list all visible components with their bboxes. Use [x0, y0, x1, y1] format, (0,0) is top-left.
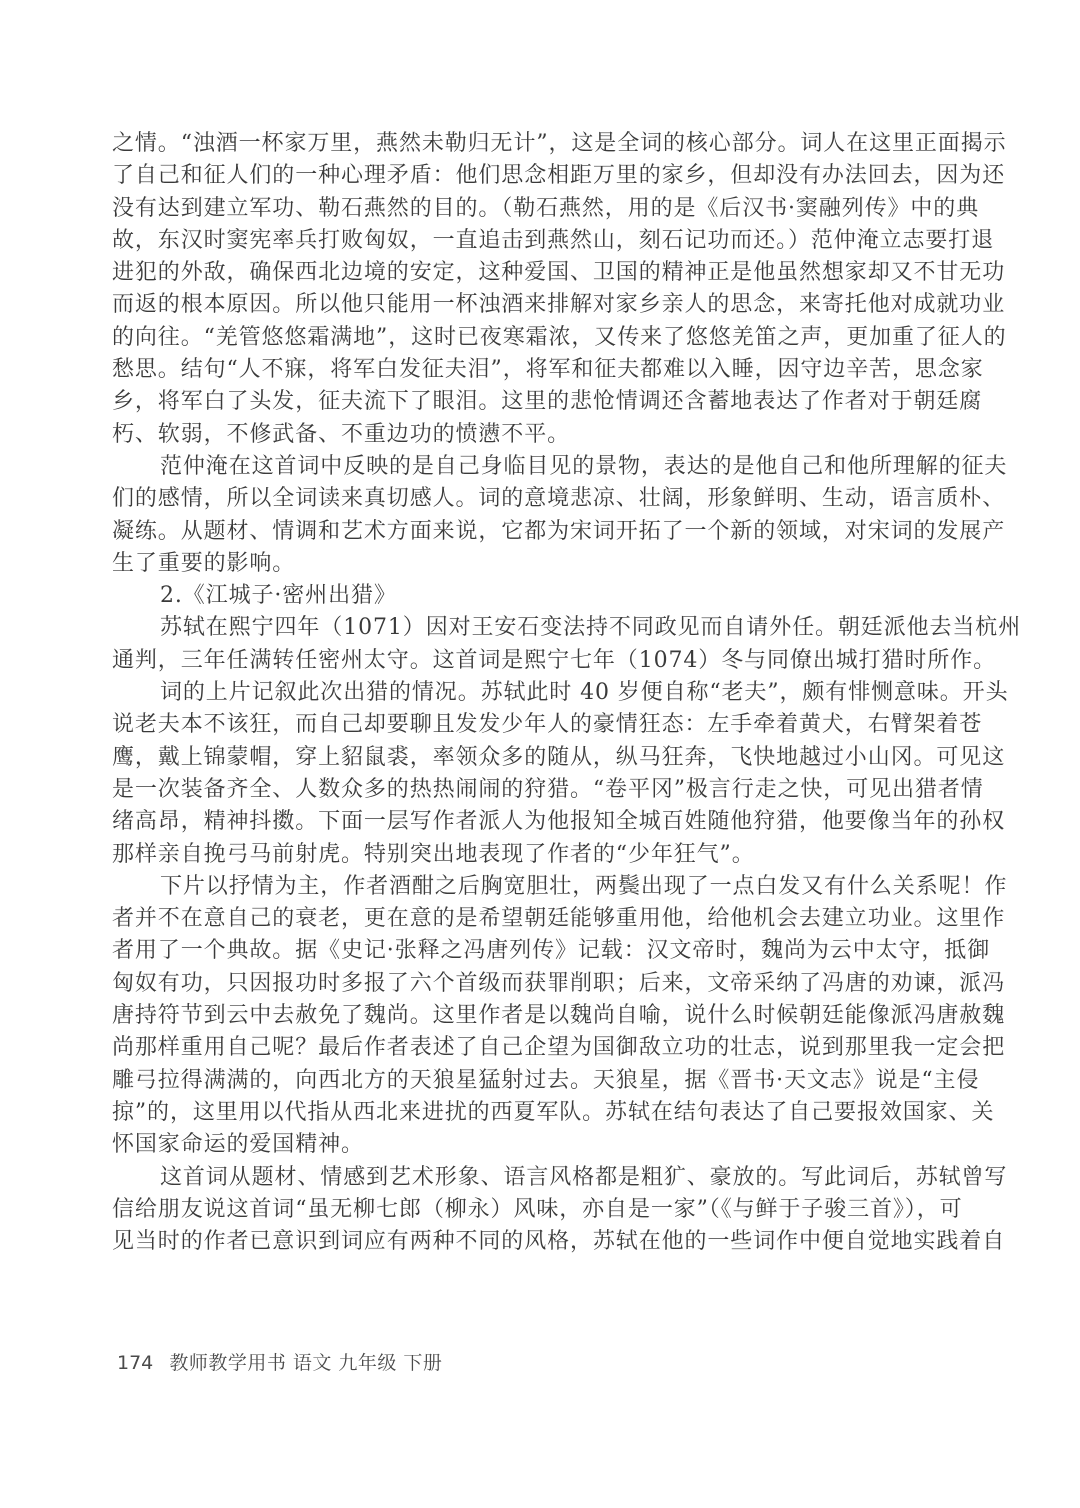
text-line: 者并不在意自己的衰老，更在意的是希望朝廷能够重用他，给他机会去建立功业。这里作	[112, 903, 928, 935]
text-line: 朽、软弱，不修武备、不重边功的愤懑不平。	[112, 419, 928, 451]
text-line: 那样亲自挽弓马前射虎。特别突出地表现了作者的“少年狂气”。	[112, 839, 928, 871]
text-line: 绪高昂，精神抖擞。下面一层写作者派人为他报知全城百姓随他狩猎，他要像当年的孙权	[112, 806, 928, 838]
text-line: 雕弓拉得满满的，向西北方的天狼星猛射过去。天狼星，据《晋书·天文志》说是“主侵	[112, 1065, 928, 1097]
paragraph: 范仲淹在这首词中反映的是自己身临目见的景物，表达的是他自己和他所理解的征夫们的感…	[112, 451, 928, 580]
section-heading: 2.《江城子·密州出猎》	[112, 580, 928, 612]
text-line: 苏轼在熙宁四年（1071）因对王安石变法持不同政见而自请外任。朝廷派他去当杭州	[112, 612, 928, 644]
text-line: 没有达到建立军功、勒石燕然的目的。（勒石燕然，用的是《后汉书·窦融列传》中的典	[112, 193, 928, 225]
paragraph: 这首词从题材、情感到艺术形象、语言风格都是粗犷、豪放的。写此词后，苏轼曾写信给朋…	[112, 1162, 928, 1259]
text-line: 之情。“浊酒一杯家万里，燕然未勒归无计”，这是全词的核心部分。词人在这里正面揭示	[112, 128, 928, 160]
text-line: 2.《江城子·密州出猎》	[112, 580, 928, 612]
paragraph: 之情。“浊酒一杯家万里，燕然未勒归无计”，这是全词的核心部分。词人在这里正面揭示…	[112, 128, 928, 451]
book-title: 教师教学用书 语文 九年级 下册	[169, 1352, 442, 1374]
paragraph: 词的上片记叙此次出猎的情况。苏轼此时 40 岁便自称“老夫”，颇有悱恻意味。开头…	[112, 677, 928, 871]
document-body: 之情。“浊酒一杯家万里，燕然未勒归无计”，这是全词的核心部分。词人在这里正面揭示…	[112, 128, 928, 1258]
text-line: 的向往。“羌管悠悠霜满地”，这时已夜寒霜浓，又传来了悠悠羌笛之声，更加重了征人的	[112, 322, 928, 354]
text-line: 见当时的作者已意识到词应有两种不同的风格，苏轼在他的一些词作中便自觉地实践着自	[112, 1226, 928, 1258]
text-line: 掠”的，这里用以代指从西北来进扰的西夏军队。苏轼在结句表达了自己要报效国家、关	[112, 1097, 928, 1129]
paragraph: 苏轼在熙宁四年（1071）因对王安石变法持不同政见而自请外任。朝廷派他去当杭州通…	[112, 612, 928, 677]
text-line: 匈奴有功，只因报功时多报了六个首级而获罪削职；后来，文帝采纳了冯唐的劝谏，派冯	[112, 968, 928, 1000]
text-line: 唐持符节到云中去赦免了魏尚。这里作者是以魏尚自喻，说什么时候朝廷能像派冯唐赦魏	[112, 1000, 928, 1032]
text-line: 说老夫本不该狂，而自己却要聊且发发少年人的豪情狂态：左手牵着黄犬，右臂架着苍	[112, 709, 928, 741]
text-line: 下片以抒情为主，作者酒酣之后胸宽胆壮，两鬓出现了一点白发又有什么关系呢！作	[112, 871, 928, 903]
text-line: 了自己和征人们的一种心理矛盾：他们思念相距万里的家乡，但却没有办法回去，因为还	[112, 160, 928, 192]
text-line: 范仲淹在这首词中反映的是自己身临目见的景物，表达的是他自己和他所理解的征夫	[112, 451, 928, 483]
page-footer: 174 教师教学用书 语文 九年级 下册	[117, 1348, 442, 1375]
text-line: 而返的根本原因。所以他只能用一杯浊酒来排解对家乡亲人的思念，来寄托他对成就功业	[112, 289, 928, 321]
text-line: 词的上片记叙此次出猎的情况。苏轼此时 40 岁便自称“老夫”，颇有悱恻意味。开头	[112, 677, 928, 709]
text-line: 是一次装备齐全、人数众多的热热闹闹的狩猎。“卷平冈”极言行走之快，可见出猎者情	[112, 774, 928, 806]
text-line: 怀国家命运的爱国精神。	[112, 1129, 928, 1161]
text-line: 生了重要的影响。	[112, 548, 928, 580]
text-line: 这首词从题材、情感到艺术形象、语言风格都是粗犷、豪放的。写此词后，苏轼曾写	[112, 1162, 928, 1194]
text-line: 们的感情，所以全词读来真切感人。词的意境悲凉、壮阔，形象鲜明、生动，语言质朴、	[112, 483, 928, 515]
text-line: 信给朋友说这首词“虽无柳七郎（柳永）风味，亦自是一家”（《与鲜于子骏三首》），可	[112, 1194, 928, 1226]
text-line: 乡，将军白了头发，征夫流下了眼泪。这里的悲怆情调还含蓄地表达了作者对于朝廷腐	[112, 386, 928, 418]
page-number: 174	[117, 1352, 153, 1374]
text-line: 尚那样重用自己呢？最后作者表述了自己企望为国御敌立功的壮志，说到那里我一定会把	[112, 1032, 928, 1064]
text-line: 愁思。结句“人不寐，将军白发征夫泪”，将军和征夫都难以入睡，因守边辛苦，思念家	[112, 354, 928, 386]
text-line: 通判，三年任满转任密州太守。这首词是熙宁七年（1074）冬与同僚出城打猎时所作。	[112, 645, 928, 677]
text-line: 鹰，戴上锦蒙帽，穿上貂鼠裘，率领众多的随从，纵马狂奔，飞快地越过小山冈。可见这	[112, 742, 928, 774]
paragraph: 下片以抒情为主，作者酒酣之后胸宽胆壮，两鬓出现了一点白发又有什么关系呢！作者并不…	[112, 871, 928, 1162]
text-line: 进犯的外敌，确保西北边境的安定，这种爱国、卫国的精神正是他虽然想家却又不甘无功	[112, 257, 928, 289]
text-line: 凝练。从题材、情调和艺术方面来说，它都为宋词开拓了一个新的领域，对宋词的发展产	[112, 516, 928, 548]
text-line: 者用了一个典故。据《史记·张释之冯唐列传》记载：汉文帝时，魏尚为云中太守，抵御	[112, 935, 928, 967]
text-line: 故，东汉时窦宪率兵打败匈奴，一直追击到燕然山，刻石记功而还。）范仲淹立志要打退	[112, 225, 928, 257]
